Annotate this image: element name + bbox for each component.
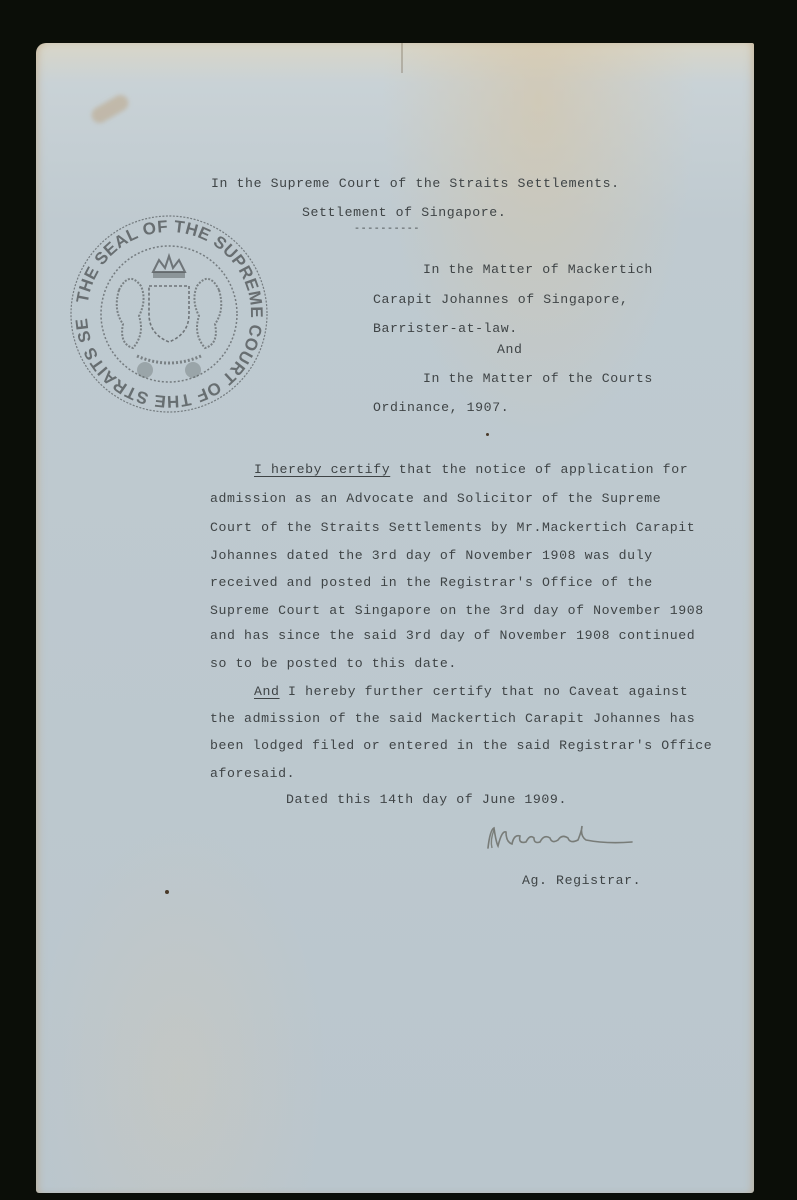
heading-rule: ---------- <box>354 222 420 238</box>
certificate-line-4: Johannes dated the 3rd day of November 1… <box>210 548 653 564</box>
certificate-line-3: Court of the Straits Settlements by Mr.M… <box>210 520 695 536</box>
certificate-line-1: I hereby certify that the notice of appl… <box>254 462 688 478</box>
matter-line-4: In the Matter of the Courts <box>423 371 653 387</box>
matter-line-2: Carapit Johannes of Singapore, <box>373 292 628 308</box>
paper-stain <box>89 92 132 126</box>
court-seal-icon: THE SEAL OF THE SUPREME COURT OF THE STR… <box>65 210 273 418</box>
certificate-line-6: Supreme Court at Singapore on the 3rd da… <box>210 603 704 619</box>
certificate-line-10: the admission of the said Mackertich Car… <box>210 711 695 727</box>
certificate-line-7: and has since the said 3rd day of Novemb… <box>210 628 695 644</box>
svg-text:THE SEAL OF THE SUPREME COURT: THE SEAL OF THE SUPREME COURT OF THE STR… <box>65 210 266 411</box>
paper-speck <box>165 890 169 894</box>
dated-line: Dated this 14th day of June 1909. <box>286 792 567 808</box>
paper-fold <box>401 43 403 73</box>
court-heading: In the Supreme Court of the Straits Sett… <box>211 176 620 192</box>
certificate-line-11: been lodged filed or entered in the said… <box>210 738 712 754</box>
certificate-line-5: received and posted in the Registrar's O… <box>210 575 653 591</box>
matter-line-3: Barrister-at-law. <box>373 321 518 337</box>
matter-line-5: Ordinance, 1907. <box>373 400 509 416</box>
and-emphasis: And <box>254 684 280 699</box>
certificate-line-9: And I hereby further certify that no Cav… <box>254 684 688 700</box>
certificate-line-8: so to be posted to this date. <box>210 656 457 672</box>
signature-icon <box>476 818 656 858</box>
matter-line-1: In the Matter of Mackertich <box>423 262 653 278</box>
certificate-line-2: admission as an Advocate and Solicitor o… <box>210 491 661 507</box>
certify-emphasis: I hereby certify <box>254 462 390 477</box>
settlement-heading: Settlement of Singapore. <box>302 205 506 221</box>
matter-and: And <box>497 342 523 358</box>
signatory-title: Ag. Registrar. <box>522 873 641 889</box>
certificate-line-12: aforesaid. <box>210 766 295 782</box>
paper-speck <box>486 433 489 436</box>
